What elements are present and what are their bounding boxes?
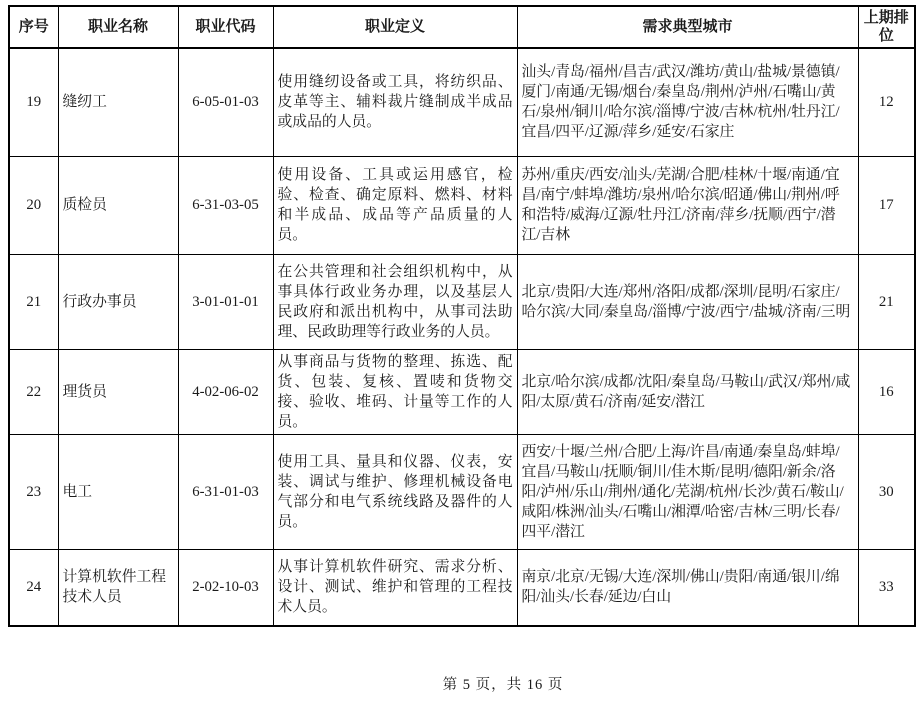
header-typical-demand-cities: 需求典型城市: [517, 6, 858, 48]
cell-typical-demand-cities: 西安/十堰/兰州/合肥/上海/许昌/南通/秦皇岛/蚌埠/宜昌/马鞍山/抚顺/铜川…: [517, 434, 858, 549]
header-occupation-name: 职业名称: [58, 6, 178, 48]
cell-serial-number: 20: [9, 156, 58, 254]
cell-occupation-definition: 在公共管理和社会组织机构中，从事具体行政业务办理，以及基层人民政府和派出机构中，…: [273, 254, 517, 349]
cell-occupation-code: 3-01-01-01: [178, 254, 273, 349]
header-occupation-code: 职业代码: [178, 6, 273, 48]
cell-serial-number: 24: [9, 549, 58, 626]
table-row: 24 计算机软件工程技术人员 2-02-10-03 从事计算机软件研究、需求分析…: [9, 549, 915, 626]
cell-occupation-code: 6-05-01-03: [178, 48, 273, 156]
cell-occupation-name: 计算机软件工程技术人员: [58, 549, 178, 626]
table-row: 20 质检员 6-31-03-05 使用设备、工具或运用感官，检验、检查、确定原…: [9, 156, 915, 254]
cell-previous-rank: 12: [858, 48, 915, 156]
cell-occupation-definition: 从事商品与货物的整理、拣选、配货、包装、复核、置唛和货物交接、验收、堆码、计量等…: [273, 349, 517, 434]
cell-serial-number: 23: [9, 434, 58, 549]
cell-occupation-definition: 使用缝纫设备或工具，将纺织品、皮革等主、辅料裁片缝制成半成品或成品的人员。: [273, 48, 517, 156]
header-serial-number: 序号: [9, 6, 58, 48]
cell-previous-rank: 17: [858, 156, 915, 254]
cell-previous-rank: 30: [858, 434, 915, 549]
cell-occupation-code: 6-31-01-03: [178, 434, 273, 549]
cell-occupation-code: 6-31-03-05: [178, 156, 273, 254]
header-previous-rank: 上期排位: [858, 6, 915, 48]
page-footer: 第 5 页，共 16 页: [84, 673, 922, 694]
cell-serial-number: 19: [9, 48, 58, 156]
cell-occupation-definition: 使用设备、工具或运用感官，检验、检查、确定原料、燃料、材料和半成品、成品等产品质…: [273, 156, 517, 254]
cell-typical-demand-cities: 北京/贵阳/大连/郑州/洛阳/成都/深圳/昆明/石家庄/哈尔滨/大同/秦皇岛/淄…: [517, 254, 858, 349]
table-row: 21 行政办事员 3-01-01-01 在公共管理和社会组织机构中，从事具体行政…: [9, 254, 915, 349]
occupations-table: 序号 职业名称 职业代码 职业定义 需求典型城市 上期排位 19 缝纫工 6-0…: [8, 5, 916, 627]
header-occupation-definition: 职业定义: [273, 6, 517, 48]
cell-serial-number: 21: [9, 254, 58, 349]
cell-occupation-name: 理货员: [58, 349, 178, 434]
table-row: 19 缝纫工 6-05-01-03 使用缝纫设备或工具，将纺织品、皮革等主、辅料…: [9, 48, 915, 156]
cell-typical-demand-cities: 汕头/青岛/福州/昌吉/武汉/潍坊/黄山/盐城/景德镇/厦门/南通/无锡/烟台/…: [517, 48, 858, 156]
cell-typical-demand-cities: 南京/北京/无锡/大连/深圳/佛山/贵阳/南通/银川/绵阳/汕头/长春/延边/白…: [517, 549, 858, 626]
table-row: 22 理货员 4-02-06-02 从事商品与货物的整理、拣选、配货、包装、复核…: [9, 349, 915, 434]
cell-occupation-name: 缝纫工: [58, 48, 178, 156]
cell-occupation-code: 4-02-06-02: [178, 349, 273, 434]
page-number-text: 第 5 页，共 16 页: [443, 677, 564, 693]
cell-previous-rank: 33: [858, 549, 915, 626]
cell-occupation-code: 2-02-10-03: [178, 549, 273, 626]
cell-typical-demand-cities: 苏州/重庆/西安/汕头/芜湖/合肥/桂林/十堰/南通/宜昌/南宁/蚌埠/潍坊/泉…: [517, 156, 858, 254]
cell-previous-rank: 16: [858, 349, 915, 434]
cell-serial-number: 22: [9, 349, 58, 434]
cell-occupation-definition: 使用工具、量具和仪器、仪表，安装、调试与维护、修理机械设备电气部分和电气系统线路…: [273, 434, 517, 549]
cell-occupation-definition: 从事计算机软件研究、需求分析、设计、测试、维护和管理的工程技术人员。: [273, 549, 517, 626]
table-row: 23 电工 6-31-01-03 使用工具、量具和仪器、仪表，安装、调试与维护、…: [9, 434, 915, 549]
table-header-row: 序号 职业名称 职业代码 职业定义 需求典型城市 上期排位: [9, 6, 915, 48]
cell-occupation-name: 质检员: [58, 156, 178, 254]
cell-previous-rank: 21: [858, 254, 915, 349]
cell-occupation-name: 行政办事员: [58, 254, 178, 349]
cell-occupation-name: 电工: [58, 434, 178, 549]
cell-typical-demand-cities: 北京/哈尔滨/成都/沈阳/秦皇岛/马鞍山/武汉/郑州/咸阳/太原/黄石/济南/延…: [517, 349, 858, 434]
